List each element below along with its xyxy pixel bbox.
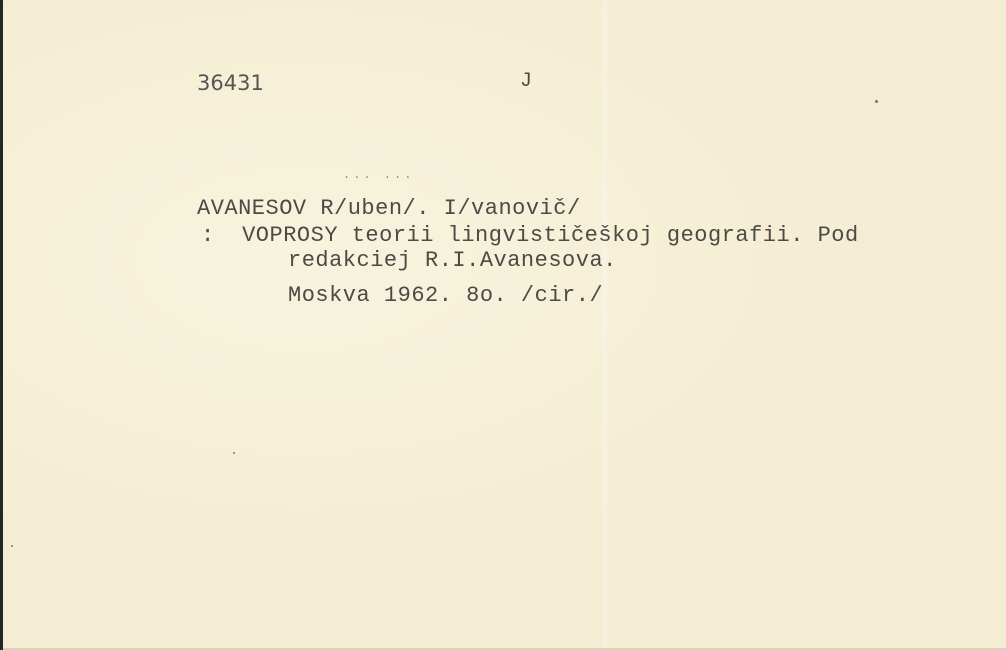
accession-number: 36431 [197,73,264,94]
editor-line: redakciej R.I.Avanesova. [288,250,617,272]
title-line: : VOPROSY teorii lingvističeškoj geograf… [201,225,859,247]
author-line: AVANESOV R/uben/. I/vanovič/ [197,198,581,220]
paper-speck [11,545,13,547]
paper-speck [875,100,878,103]
class-mark: J [520,72,533,92]
dotted-marks: ... ... [343,169,414,181]
paper-speck [233,452,235,454]
imprint-line: Moskva 1962. 8o. /cir./ [288,285,603,307]
catalog-card: 36431 J ... ... AVANESOV R/uben/. I/vano… [3,0,1006,650]
